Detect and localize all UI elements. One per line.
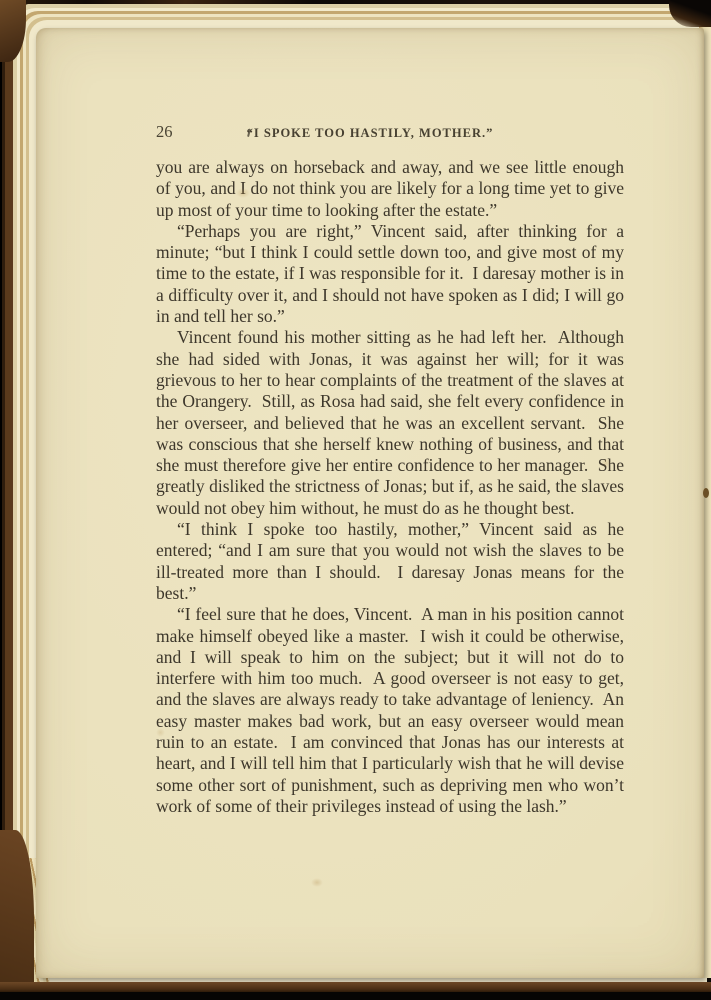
- paragraph: you are always on horseback and away, an…: [156, 157, 624, 221]
- scanned-book-page: 26 “I SPOKE TOO HASTILY, MOTHER.” you ar…: [0, 0, 711, 1000]
- paragraph: “I think I spoke too hastily, mother,” V…: [156, 519, 624, 604]
- paragraph: “Perhaps you are right,” Vincent said, a…: [156, 221, 624, 327]
- scan-edge-bottom: [0, 992, 711, 1000]
- paragraph: Vincent found his mother sitting as he h…: [156, 327, 624, 519]
- running-header: “I SPOKE TOO HASTILY, MOTHER.”: [36, 126, 704, 141]
- page-text: you are always on horseback and away, an…: [156, 157, 624, 817]
- foxing-spot: [311, 878, 323, 887]
- paragraph: “I feel sure that he does, Vincent. A ma…: [156, 604, 624, 817]
- page-nick: [703, 488, 709, 498]
- book-page: 26 “I SPOKE TOO HASTILY, MOTHER.” you ar…: [36, 28, 704, 978]
